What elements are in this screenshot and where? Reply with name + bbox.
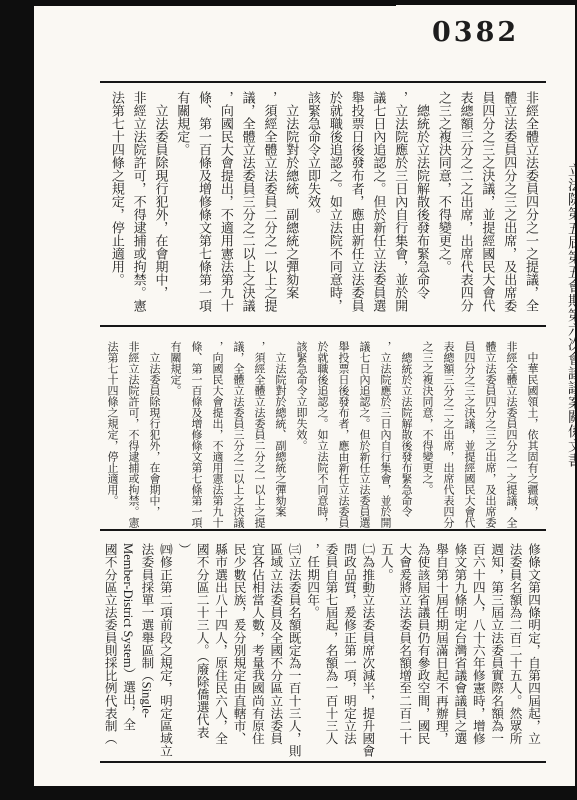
text-column: ，向國民大會提出，不適用憲法第九十 [215,91,237,323]
text-column: ㈢立法委員名額既定為一百十三人，則 [284,543,302,761]
text-column: 有關規定。 [171,91,193,323]
text-column: 法第七十四條之規定，停止適用。 [101,341,122,527]
scanned-page: 0382 非經全體立法委員四分之一之提議，全體立法委員四分之三之出席，及出席委員… [34,5,575,786]
text-column: 法委員採單一選舉區制（Single- [137,543,155,761]
text-column: 委員自第七屆起，名額為一百十三人 [321,543,339,761]
text-column: 立法院對於總統、副總統之彈劾案 [269,341,290,527]
text-column: ，須經全體立法委員二分之一以上之提 [259,91,281,323]
text-column: 體立法委員四分之三之出席，及出席委 [498,91,520,323]
text-column: 條、第一百條及增修條文第七條第一項 [193,91,215,323]
text-column: 縣市選出八十四人，原住民六人，全 [211,543,229,761]
text-column: 之三之複決同意，不得變更之。 [433,91,455,323]
text-column: 員四分之三之決議，並提經國民大會代 [458,341,479,527]
text-column: 百六十四人，八十六年修憲時，增修 [468,543,486,761]
folio-label: 委六二 [570,615,577,685]
top-rule [100,81,546,83]
text-column: 五人。 [376,543,394,761]
current-text-block: 中華民國領土，依其固有之疆域，非經全體立法委員四分之一之提議，全體立法委員四分之… [100,341,542,527]
text-column: 立法院對於總統、副總統之彈劾案 [280,91,302,323]
text-column: 舉投票日後發布者，應由新任立法委員 [346,91,368,323]
text-column: 大會爰將立法委員名額增至二百二十 [395,543,413,761]
text-column: 修條文第四條明定，自第四屆起，立 [524,543,542,761]
text-column: 非經全體立法委員四分之一之提議，全 [520,91,542,323]
text-column: 之三之複決同意，不得變更之。 [416,341,437,527]
text-column: 非經全體立法委員四分之一之提議，全 [500,341,521,527]
text-column: ㈡為推動立法委員席次減半，提升國會 [358,543,376,761]
text-column: 民少數民族，爰分別規定由直轄市、 [229,543,247,761]
text-column: ，立法院應於三日內自行集會，並於開 [389,91,411,323]
text-column: 中華民國領土，依其固有之疆域， [521,341,542,527]
text-column: 議，全體立法委員三分之二以上之決議 [237,91,259,323]
text-column: 議七日內追認之。但於新任立法委員選 [353,341,374,527]
text-column: 該緊急命令立即失效。 [290,341,311,527]
text-column: 總統於立法院解散後發布緊急命令 [395,341,416,527]
text-column: 於就職後追認之。如立法院不同意時， [311,341,332,527]
text-column: 問政品質，爰修正第一項，明定立法 [340,543,358,761]
scan-border-top [0,0,396,6]
text-column: 表總額三分之二之出席，出席代表四分 [455,91,477,323]
page-number-stamp: 0382 [432,17,512,48]
text-column: 為使該屆省議員仍有參政空間，國民 [413,543,431,761]
text-column: 非經立法院許可，不得逮捕或拘禁。憲 [128,91,150,323]
text-column: 國不分區立法委員則採比例代表制（ [100,543,118,761]
bottom-rule [100,761,546,763]
text-column: 有關規定。 [164,341,185,527]
text-column: ，任期四年。 [303,543,321,761]
text-column: ㈣修正第二項前段之規定，明定區域立 [155,543,173,761]
text-column: 表總額三分之二之出席，出席代表四分 [437,341,458,527]
text-column: 條文第九條明定台灣省議會議員之選 [450,543,468,761]
text-column: 國不分區二十三人。（廢除僑選代表 [192,543,210,761]
text-column: ，立法院應於三日內自行集會，並於開 [374,341,395,527]
text-column: 總統於立法院解散後發布緊急命令 [411,91,433,323]
scan-border-left [0,0,34,800]
text-column: ，須經全體立法委員二分之一以上之提 [248,341,269,527]
text-column: 舉自第十屆任期屆滿日起不再辦理， [432,543,450,761]
text-column: 法第七十四條之規定，停止適用。 [106,91,128,323]
margin-document-title: 立法院第五屆第五會期第六次會議議案關係文書 [563,163,577,483]
explanation-block: 修條文第四條明定，自第四屆起，立法委員名額為二百二十五人。然眾所週知，第三屆立法… [100,543,542,761]
row-divider-1 [100,325,546,327]
text-column: ） [174,543,192,761]
text-column: 該緊急命令立即失效。 [302,91,324,323]
text-column: 體立法委員四分之三之出席，及出席委 [479,341,500,527]
text-column: Member-District System）選出，全 [119,543,137,761]
text-column: 議七日內追認之。但於新任立法委員選 [368,91,390,323]
scan-border-bottom [0,786,577,800]
text-column: 週知，第三屆立法委員實際名額為一 [487,543,505,761]
text-column: 於就職後追認之。如立法院不同意時， [324,91,346,323]
text-column: 議，全體立法委員三分之二以上之決議 [227,341,248,527]
amended-text-block: 非經全體立法委員四分之一之提議，全體立法委員四分之三之出席，及出席委員四分之三之… [100,91,542,323]
text-column: 法委員名額為二百二十五人。然眾所 [505,543,523,761]
text-column: 區域立法委員及全國不分區立法委員 [266,543,284,761]
text-column: 立法委員除現行犯外，在會期中， [143,341,164,527]
text-column: 非經立法院許可，不得逮捕或拘禁。憲 [122,341,143,527]
text-column: 員四分之三之決議，並提經國民大會代 [477,91,499,323]
text-column: 宜各佔相當人數，考量我國尚有原住 [248,543,266,761]
row-divider-2 [100,529,546,531]
text-column: ，向國民大會提出，不適用憲法第九十 [206,341,227,527]
text-column: 舉投票日後發布者，應由新任立法委員 [332,341,353,527]
text-column: 條、第一百條及增修條文第七條第一項 [185,341,206,527]
text-column: 立法委員除現行犯外，在會期中， [150,91,172,323]
